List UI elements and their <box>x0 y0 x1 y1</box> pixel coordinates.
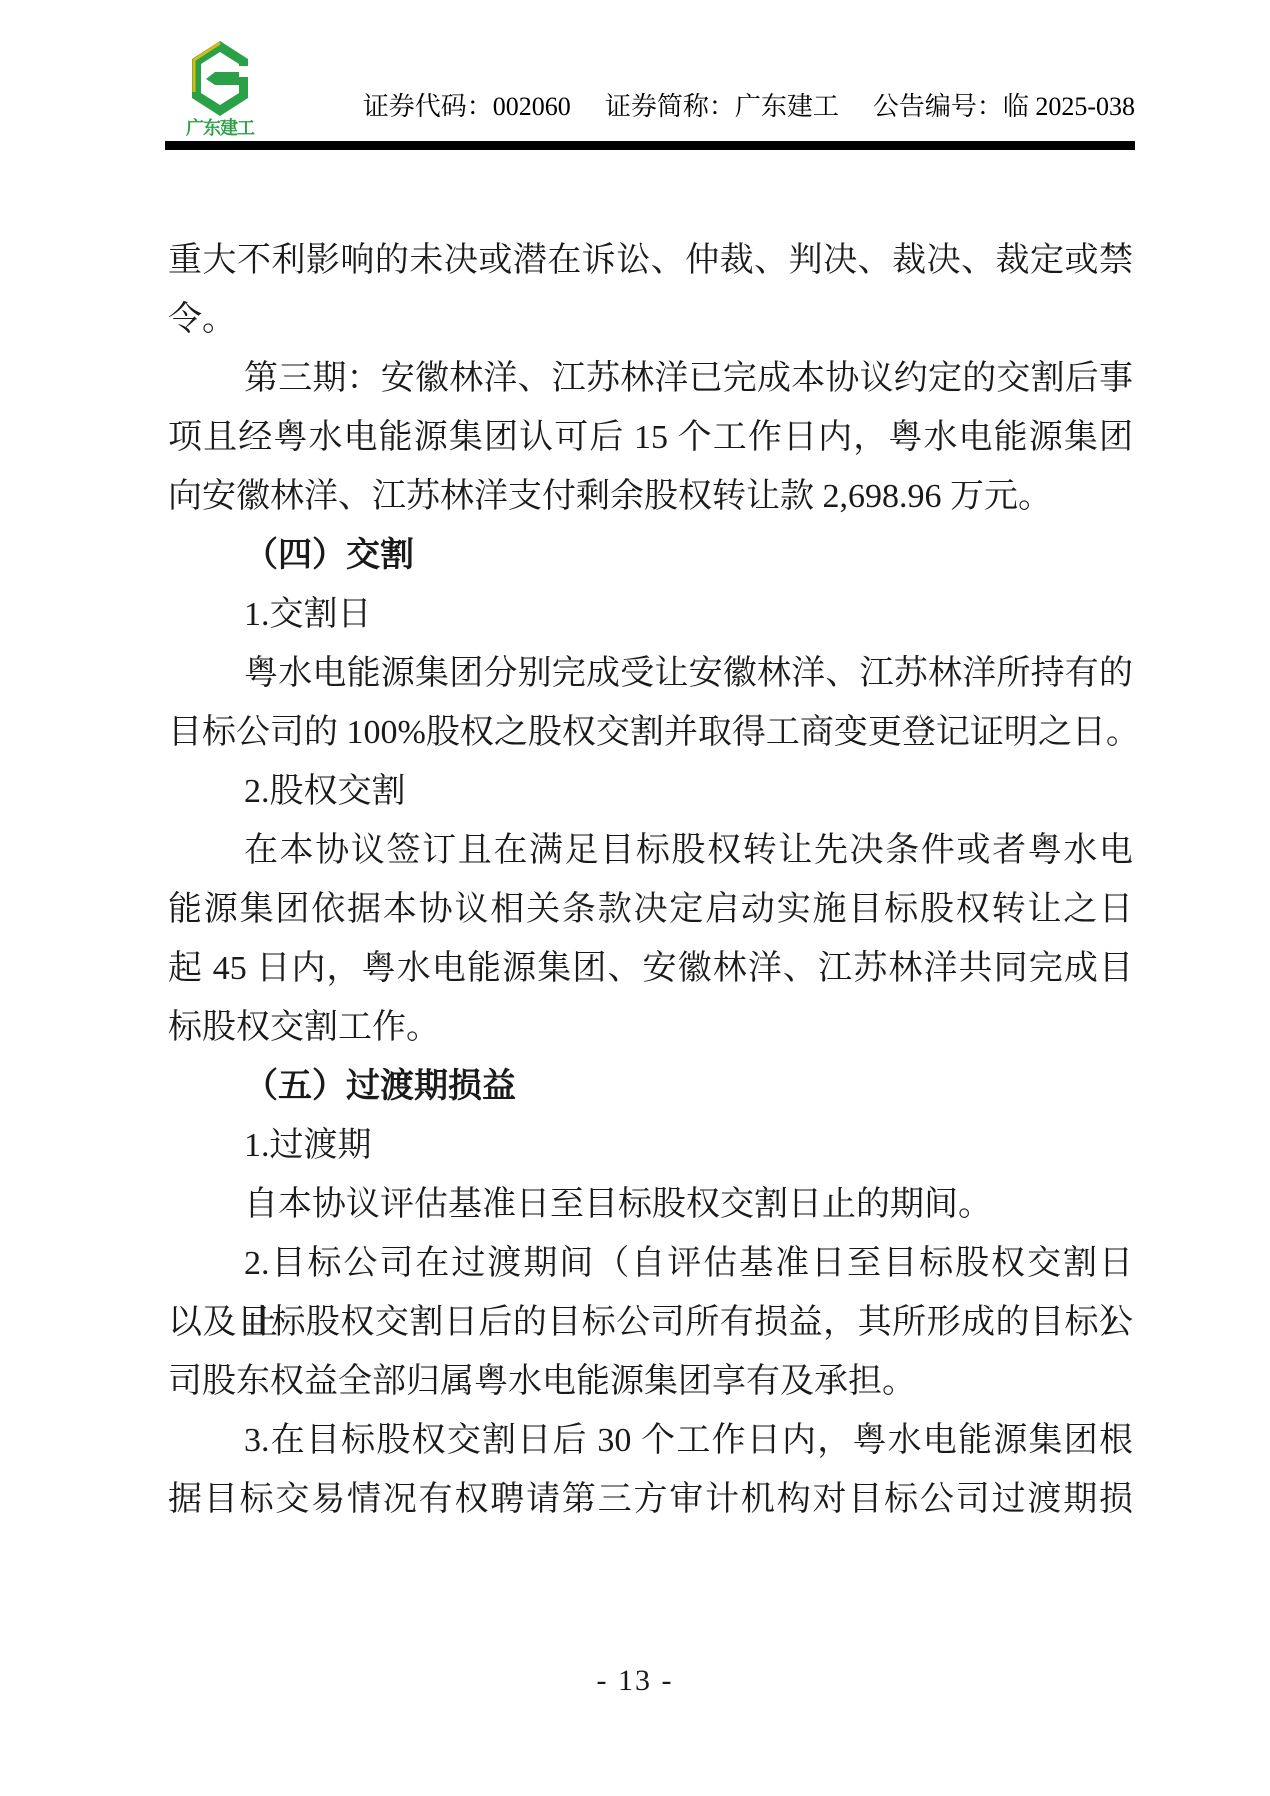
text-line: 粤水电能源集团分别完成受让安徽林洋、江苏林洋所持有的 <box>168 644 1133 703</box>
text-line: 第三期：安徽林洋、江苏林洋已完成本协议约定的交割后事 <box>168 349 1133 408</box>
text-line: 向安徽林洋、江苏林洋支付剩余股权转让款 2,698.96 万元。 <box>168 467 1133 526</box>
security-code: 证券代码：002060 <box>363 86 571 123</box>
text-line: 2.股权交割 <box>168 762 1133 821</box>
text-line: （五）过渡期损益 <box>168 1057 1133 1116</box>
text-line: 1.交割日 <box>168 585 1133 644</box>
text-line: 2.目标公司在过渡期间（自评估基准日至目标股权交割日止） <box>168 1234 1133 1293</box>
logo-wordmark: 广东建工 <box>181 114 259 140</box>
text-line: 令。 <box>168 290 1133 349</box>
text-line: （四）交割 <box>168 526 1133 585</box>
header-meta: 证券代码：002060 证券简称：广东建工 公告编号：临 2025-038 <box>363 86 1135 123</box>
text-line: 起 45 日内，粤水电能源集团、安徽林洋、江苏林洋共同完成目 <box>168 939 1133 998</box>
text-line: 能源集团依据本协议相关条款决定启动实施目标股权转让之日 <box>168 880 1133 939</box>
security-name: 证券简称：广东建工 <box>605 86 839 123</box>
text-line: 目标公司的 100%股权之股权交割并取得工商变更登记证明之日。 <box>168 703 1133 762</box>
logo-hexagon-g-icon <box>190 40 250 117</box>
text-line: 重大不利影响的未决或潜在诉讼、仲裁、判决、裁决、裁定或禁 <box>168 231 1133 290</box>
text-line: 据目标交易情况有权聘请第三方审计机构对目标公司过渡期损 <box>168 1470 1133 1529</box>
page-footer: - 13 - <box>0 1664 1270 1698</box>
text-line: 项且经粤水电能源集团认可后 15 个工作日内，粤水电能源集团 <box>168 408 1133 467</box>
text-line: 1.过渡期 <box>168 1116 1133 1175</box>
document-page: 广东建工 证券代码：002060 证券简称：广东建工 公告编号：临 2025-0… <box>0 0 1270 1796</box>
text-line: 标股权交割工作。 <box>168 998 1133 1057</box>
text-line: 司股东权益全部归属粤水电能源集团享有及承担。 <box>168 1352 1133 1411</box>
document-body: 重大不利影响的未决或潜在诉讼、仲裁、判决、裁决、裁定或禁令。第三期：安徽林洋、江… <box>168 231 1133 1529</box>
page-number: - 13 - <box>597 1664 674 1697</box>
text-line: 以及目标股权交割日后的目标公司所有损益，其所形成的目标公 <box>168 1293 1133 1352</box>
text-line: 在本协议签订且在满足目标股权转让先决条件或者粤水电 <box>168 821 1133 880</box>
text-line: 3.在目标股权交割日后 30 个工作日内，粤水电能源集团根 <box>168 1411 1133 1470</box>
text-line: 自本协议评估基准日至目标股权交割日止的期间。 <box>168 1175 1133 1234</box>
header-rule <box>165 141 1135 150</box>
announcement-number: 公告编号：临 2025-038 <box>873 86 1135 123</box>
